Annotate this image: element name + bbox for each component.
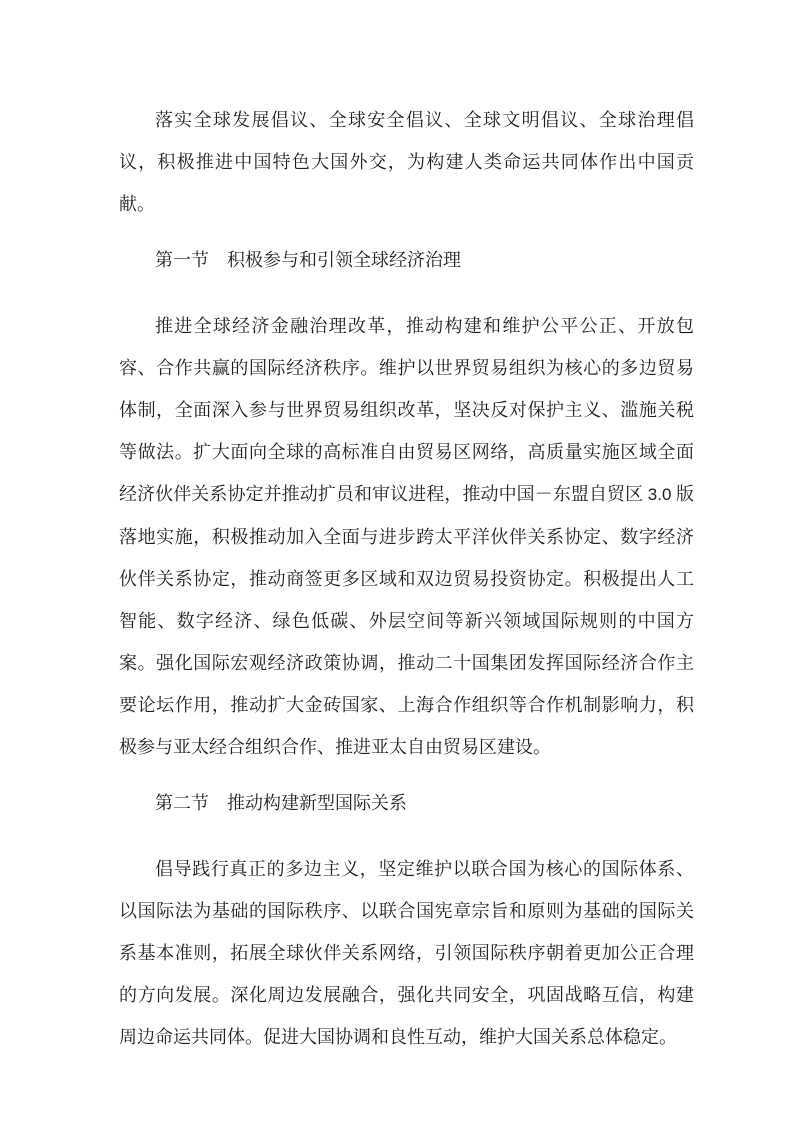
paragraph-international-relations: 倡导践行真正的多边主义，坚定维护以联合国为核心的国际体系、以国际法为基础的国际秩… (119, 848, 694, 1058)
paragraph-economic-governance: 推进全球经济金融治理改革，推动构建和维护公平公正、开放包容、合作共赢的国际经济秩… (119, 305, 694, 768)
paragraph-global-initiatives: 落实全球发展倡议、全球安全倡议、全球文明倡议、全球治理倡议，积极推进中国特色大国… (119, 99, 694, 225)
section-heading-2: 第二节 推动构建新型国际关系 (119, 782, 694, 824)
version-number-text: 3.0 (648, 485, 672, 504)
paragraph-economic-governance-text-cont: 版落地实施，积极推动加入全面与进步跨太平洋伙伴关系协定、数字经济伙伴关系协定，推… (119, 484, 694, 757)
paragraph-economic-governance-text: 推进全球经济金融治理改革，推动构建和维护公平公正、开放包容、合作共赢的国际经济秩… (119, 316, 694, 504)
section-heading-1: 第一节 积极参与和引领全球经济治理 (119, 239, 694, 281)
document-page: 落实全球发展倡议、全球安全倡议、全球文明倡议、全球治理倡议，积极推进中国特色大国… (0, 0, 793, 1122)
